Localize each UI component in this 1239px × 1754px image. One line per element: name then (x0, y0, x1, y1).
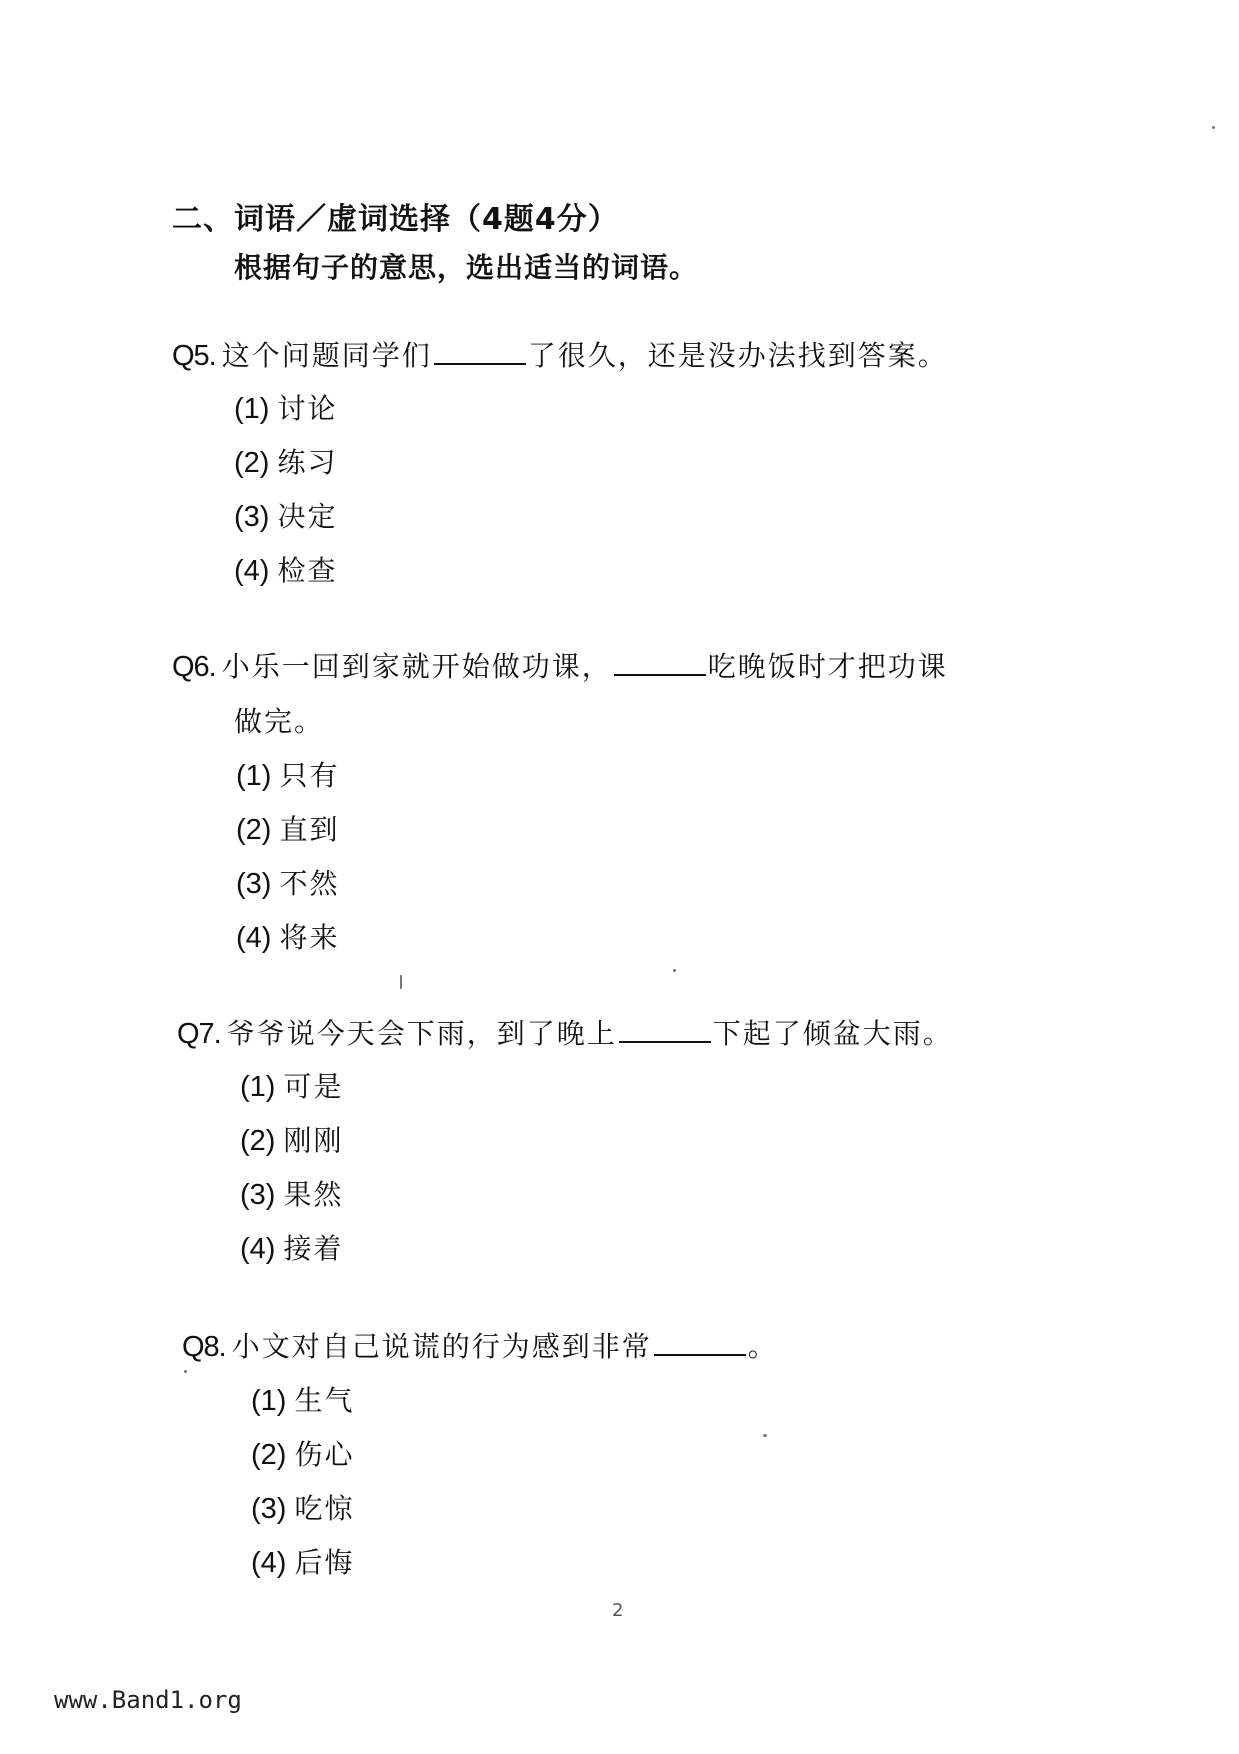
question-stem-q8: Q8.小文对自己说谎的行为感到非常。 (182, 1325, 778, 1365)
scan-speck (184, 1370, 187, 1373)
option-number: (2) (240, 1125, 275, 1157)
option-q6-4: (4)将来 (236, 916, 339, 956)
option-q7-3: (3)果然 (240, 1173, 343, 1213)
answer-blank (654, 1330, 746, 1356)
option-number: (4) (240, 1233, 275, 1265)
stem-text-after: 了很久，还是没办法找到答案。 (528, 339, 948, 372)
option-q5-2: (2)练习 (234, 441, 337, 481)
option-q7-2: (2)刚刚 (240, 1119, 343, 1159)
option-number: (3) (251, 1493, 286, 1525)
option-text: 果然 (283, 1178, 343, 1211)
question-stem-continuation: 做完。 (234, 700, 324, 740)
option-q8-1: (1)生气 (251, 1379, 354, 1419)
option-number: (2) (236, 814, 271, 846)
option-text: 不然 (279, 867, 339, 900)
option-q5-3: (3)决定 (234, 495, 337, 535)
option-text: 直到 (279, 813, 339, 846)
option-text: 只有 (279, 759, 339, 792)
option-number: (4) (251, 1547, 286, 1579)
option-q6-3: (3)不然 (236, 862, 339, 902)
option-number: (1) (234, 393, 269, 425)
stem-text-before: 爷爷说今天会下雨，到了晚上 (227, 1017, 617, 1050)
stem-text-before: 这个问题同学们 (222, 339, 432, 372)
option-number: (3) (240, 1179, 275, 1211)
stem-text-after: 下起了倾盆大雨。 (713, 1017, 953, 1050)
answer-blank (619, 1017, 711, 1043)
option-q7-4: (4)接着 (240, 1227, 343, 1267)
option-text: 检查 (277, 554, 337, 587)
option-q8-4: (4)后悔 (251, 1541, 354, 1581)
option-q6-1: (1)只有 (236, 754, 339, 794)
question-number: Q5. (172, 340, 216, 372)
option-number: (3) (236, 868, 271, 900)
question-stem-q7: Q7.爷爷说今天会下雨，到了晚上下起了倾盆大雨。 (177, 1012, 953, 1052)
stem-text-after: 吃晚饭时才把功课 (708, 650, 948, 683)
option-q8-3: (3)吃惊 (251, 1487, 354, 1527)
option-number: (4) (236, 922, 271, 954)
scan-speck (1212, 126, 1215, 129)
stem-text-before: 小文对自己说谎的行为感到非常 (232, 1330, 652, 1363)
question-number: Q6. (172, 651, 216, 683)
scan-speck (673, 969, 676, 972)
option-text: 可是 (283, 1070, 343, 1103)
answer-blank (614, 650, 706, 676)
option-q5-1: (1)讨论 (234, 387, 337, 427)
option-text: 刚刚 (283, 1124, 343, 1157)
option-text: 生气 (294, 1384, 354, 1417)
answer-blank (434, 339, 526, 365)
stem-text-after: 。 (748, 1330, 778, 1363)
option-number: (1) (236, 760, 271, 792)
option-number: (2) (251, 1439, 286, 1471)
question-stem-q5: Q5.这个问题同学们了很久，还是没办法找到答案。 (172, 334, 948, 374)
option-text: 后悔 (294, 1546, 354, 1579)
section-title: 二、词语／虚词选择（4题4分） (172, 194, 619, 238)
option-number: (1) (240, 1071, 275, 1103)
scan-speck (763, 1434, 767, 1437)
option-text: 将来 (279, 921, 339, 954)
question-number: Q7. (177, 1018, 221, 1050)
scan-speck (400, 975, 402, 989)
section-instruction: 根据句子的意思，选出适当的词语。 (234, 246, 698, 286)
option-number: (4) (234, 555, 269, 587)
option-q6-2: (2)直到 (236, 808, 339, 848)
option-text: 决定 (277, 500, 337, 533)
option-number: (2) (234, 447, 269, 479)
option-number: (3) (234, 501, 269, 533)
option-text: 练习 (277, 446, 337, 479)
footer-url: www.Band1.org (54, 1686, 242, 1714)
option-text: 吃惊 (294, 1492, 354, 1525)
option-text: 讨论 (277, 392, 337, 425)
question-stem-q6: Q6.小乐一回到家就开始做功课，吃晚饭时才把功课 (172, 645, 948, 685)
option-number: (1) (251, 1385, 286, 1417)
option-text: 接着 (283, 1232, 343, 1265)
question-number: Q8. (182, 1331, 226, 1363)
option-q5-4: (4)检查 (234, 549, 337, 589)
option-q8-2: (2)伤心 (251, 1433, 354, 1473)
option-text: 伤心 (294, 1438, 354, 1471)
option-q7-1: (1)可是 (240, 1065, 343, 1105)
page-number: 2 (612, 1600, 623, 1621)
stem-text-before: 小乐一回到家就开始做功课， (222, 650, 612, 683)
